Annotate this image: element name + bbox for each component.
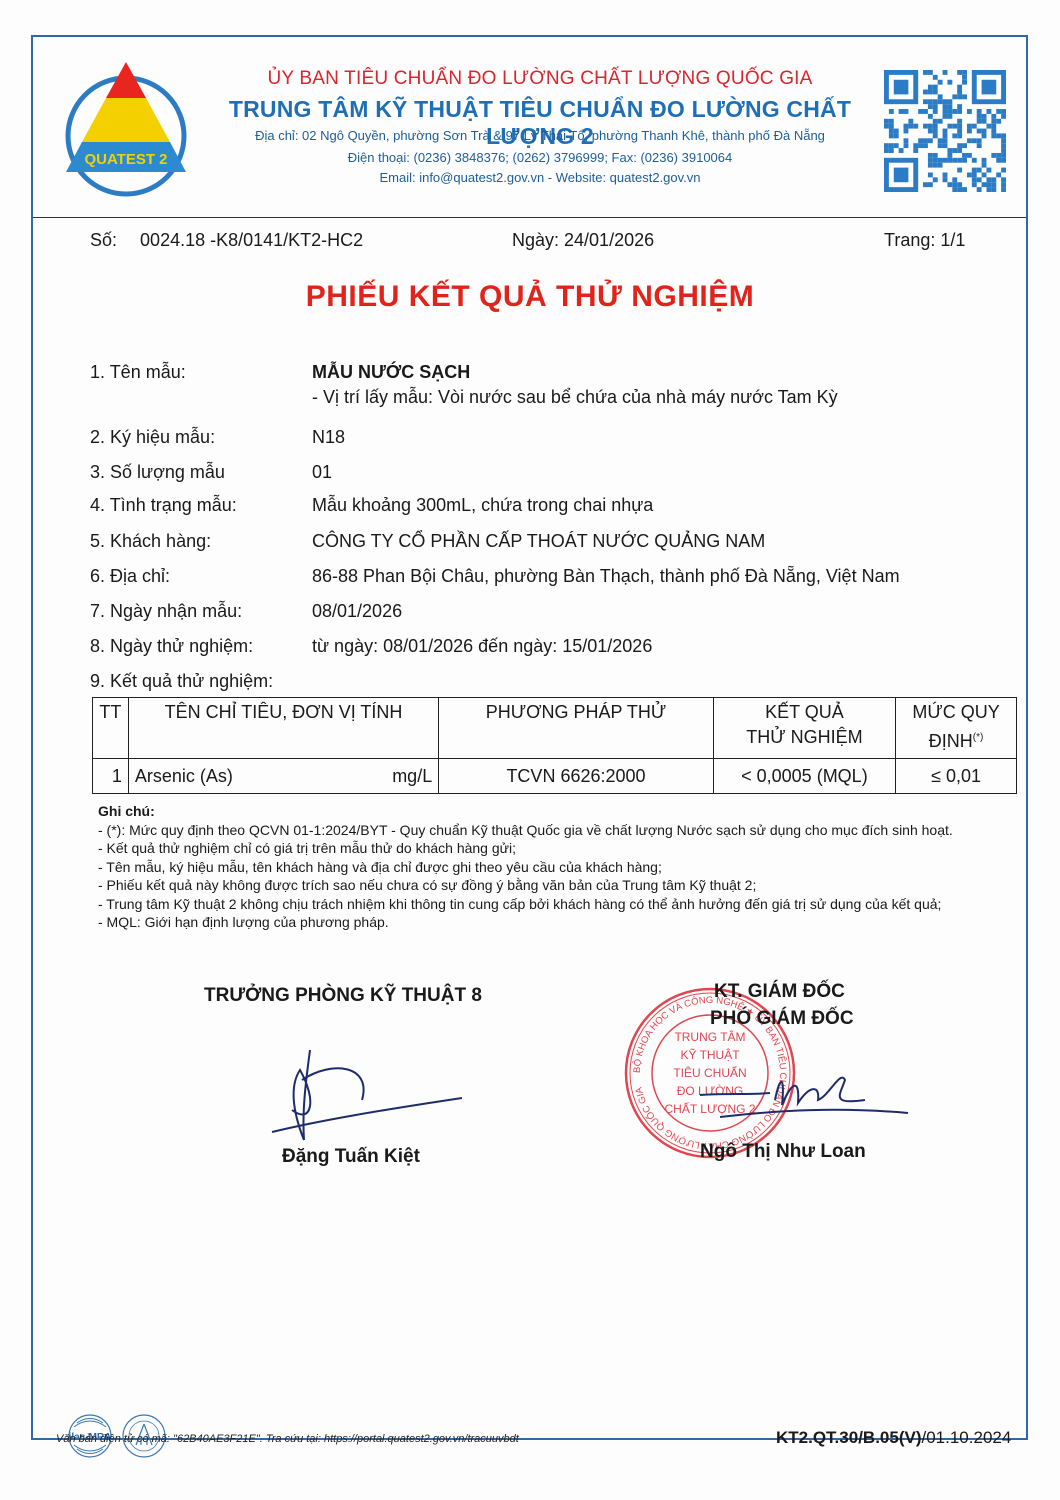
- note-item: - Trung tâm Kỹ thuật 2 không chịu trách …: [98, 895, 998, 914]
- quatest2-logo-icon: QUATEST 2: [62, 60, 190, 198]
- document-number-label: Số:: [90, 230, 117, 250]
- method-value: TCVN 6626:2000: [439, 759, 714, 794]
- left-signatory-name: Đặng Tuấn Kiệt: [282, 1146, 420, 1168]
- note-item: - Phiếu kết quả này không được trích sao…: [98, 876, 998, 895]
- form-code: KT2.QT.30/B.05(V)/01.10.2024: [776, 1428, 1011, 1448]
- document-date: Ngày: 24/01/2026: [512, 230, 654, 251]
- org-contact: Email: info@quatest2.gov.vn - Website: q…: [195, 170, 885, 185]
- table-header-row: TT TÊN CHỈ TIÊU, ĐƠN VỊ TÍNH PHƯƠNG PHÁP…: [93, 698, 1017, 759]
- note-item: - Tên mẫu, ký hiệu mẫu, tên khách hàng v…: [98, 858, 998, 877]
- signature-left-icon: [262, 1040, 472, 1150]
- left-signatory-title: TRƯỞNG PHÒNG KỸ THUẬT 8: [204, 985, 482, 1007]
- col-tt: TT: [93, 698, 129, 759]
- note-item: - MQL: Giới hạn định lượng của phương ph…: [98, 913, 998, 932]
- col-method: PHƯƠNG PHÁP THỬ: [439, 698, 714, 759]
- table-row: 1 Arsenic (As) mg/L TCVN 6626:2000 < 0,0…: [93, 759, 1017, 794]
- svg-text:QUATEST 2: QUATEST 2: [84, 151, 167, 168]
- qr-code-icon[interactable]: [884, 70, 1006, 192]
- svg-text:TRUNG TÂM: TRUNG TÂM: [674, 1029, 745, 1044]
- notes-section: Ghi chú: - (*): Mức quy định theo QCVN 0…: [98, 802, 998, 932]
- signature-right-icon: [680, 1055, 910, 1135]
- org-parent: ỦY BAN TIÊU CHUẨN ĐO LƯỜNG CHẤT LƯỢNG QU…: [195, 68, 885, 90]
- right-signatory-subtitle: PHÓ GIÁM ĐỐC: [710, 1008, 854, 1030]
- org-phone: Điện thoại: (0236) 3848376; (0262) 37969…: [195, 150, 885, 165]
- results-table: TT TÊN CHỈ TIÊU, ĐƠN VỊ TÍNH PHƯƠNG PHÁP…: [92, 697, 1017, 794]
- result-value: < 0,0005 (MQL): [713, 759, 895, 794]
- note-item: - (*): Mức quy định theo QCVN 01-1:2024/…: [98, 821, 998, 840]
- org-address: Địa chỉ: 02 Ngô Quyền, phường Sơn Trà & …: [195, 128, 885, 143]
- parameter-unit: mg/L: [392, 766, 432, 787]
- parameter-name: Arsenic (As): [135, 766, 233, 787]
- right-signatory-title: KT. GIÁM ĐỐC: [714, 981, 845, 1003]
- limit-value: ≤ 0,01: [896, 759, 1017, 794]
- document-number-value: 0024.18 -K8/0141/KT2-HC2: [140, 230, 363, 250]
- electronic-document-note: Văn bản điện tử có mã: "62B40AE3F21E". T…: [56, 1433, 519, 1445]
- col-limit: MỨC QUY ĐỊNH(*): [896, 698, 1017, 759]
- page-indicator: Trang: 1/1: [884, 230, 965, 251]
- page-title: PHIẾU KẾT QUẢ THỬ NGHIỆM: [0, 280, 1060, 314]
- col-parameter: TÊN CHỈ TIÊU, ĐƠN VỊ TÍNH: [128, 698, 438, 759]
- header-divider: [33, 217, 1026, 218]
- document-number: Số: 0024.18 -K8/0141/KT2-HC2: [90, 230, 363, 251]
- col-result: KẾT QUẢ THỬ NGHIỆM: [713, 698, 895, 759]
- right-signatory-name: Ngô Thị Như Loan: [700, 1141, 866, 1163]
- sample-location: - Vị trí lấy mẫu: Vòi nước sau bể chứa c…: [312, 387, 838, 408]
- note-item: - Kết quả thử nghiệm chỉ có giá trị trên…: [98, 839, 998, 858]
